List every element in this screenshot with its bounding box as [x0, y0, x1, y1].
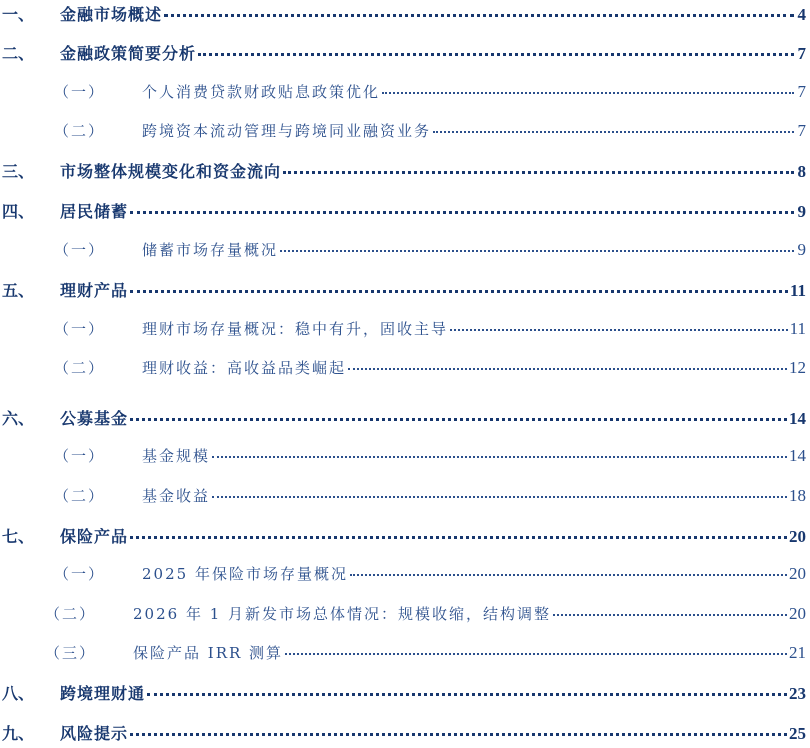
toc-entry-title: 跨境理财通 — [60, 681, 145, 704]
toc-entry-number: 九、 — [0, 721, 60, 744]
dot-leader — [130, 414, 787, 421]
toc-entry-number: 五、 — [0, 278, 60, 301]
toc-entry-page-number: 21 — [789, 643, 806, 663]
toc-entry-section-2-2[interactable]: （二） 跨境资本流动管理与跨境同业融资业务 7 — [0, 120, 806, 144]
dot-leader — [130, 729, 787, 736]
toc-entry-number: （二） — [0, 603, 133, 624]
toc-entry-section-5-1[interactable]: （一） 理财市场存量概况：稳中有升，固收主导 11 — [0, 318, 806, 342]
toc-entry-title: 金融市场概述 — [60, 2, 162, 25]
toc-entry-number: （一） — [0, 563, 142, 584]
toc-entry-page-number: 14 — [789, 409, 806, 429]
toc-entry-page-number: 20 — [789, 604, 806, 624]
dot-leader — [130, 207, 794, 214]
dot-leader — [130, 532, 787, 539]
toc-entry-page-number: 7 — [796, 121, 806, 141]
toc-entry-number: 七、 — [0, 524, 60, 547]
dot-leader — [212, 492, 787, 498]
dot-leader — [348, 364, 787, 370]
toc-entry-page-number: 8 — [796, 162, 806, 182]
toc-entry-title: 理财市场存量概况：稳中有升，固收主导 — [142, 318, 448, 339]
toc-entry-title: 储蓄市场存量概况 — [142, 239, 278, 260]
toc-entry-section-2[interactable]: 二、 金融政策简要分析 7 — [0, 41, 806, 65]
dot-leader — [212, 452, 787, 458]
toc-entry-page-number: 20 — [789, 527, 806, 547]
toc-entry-number: （二） — [0, 485, 142, 506]
toc-entry-section-6[interactable]: 六、 公募基金 14 — [0, 406, 806, 430]
toc-entry-page-number: 18 — [789, 486, 806, 506]
toc-entry-title: 风险提示 — [60, 721, 128, 744]
dot-leader — [164, 10, 794, 17]
toc-entry-section-6-1[interactable]: （一） 基金规模 14 — [0, 445, 806, 469]
toc-entry-title: 金融政策简要分析 — [60, 41, 196, 64]
toc-entry-number: （二） — [0, 120, 142, 141]
toc-entry-section-1[interactable]: 一、 金融市场概述 4 — [0, 2, 806, 26]
toc-entry-number: 一、 — [0, 2, 60, 25]
toc-entry-title: 居民储蓄 — [60, 199, 128, 222]
toc-entry-page-number: 11 — [790, 281, 806, 301]
toc-entry-title: 保险产品 IRR 测算 — [133, 642, 283, 663]
dot-leader — [553, 610, 787, 616]
toc-entry-page-number: 9 — [796, 202, 806, 222]
toc-entry-section-7-3[interactable]: （三） 保险产品 IRR 测算 21 — [0, 642, 806, 666]
toc-entry-section-9[interactable]: 九、 风险提示 25 — [0, 721, 806, 745]
toc-entry-section-2-1[interactable]: （一） 个人消费贷款财政贴息政策优化 7 — [0, 81, 806, 105]
toc-entry-number: （二） — [0, 357, 142, 378]
toc-entry-page-number: 20 — [789, 564, 806, 584]
dot-leader — [285, 649, 787, 655]
dot-leader — [280, 246, 794, 252]
toc-entry-page-number: 7 — [796, 82, 806, 102]
toc-entry-number: （一） — [0, 81, 142, 102]
toc-entry-section-6-2[interactable]: （二） 基金收益 18 — [0, 485, 806, 509]
toc-entry-title: 基金规模 — [142, 445, 210, 466]
toc-entry-page-number: 12 — [789, 358, 806, 378]
dot-leader — [433, 127, 794, 133]
toc-entry-title: 理财产品 — [60, 278, 128, 301]
toc-entry-title: 2026 年 1 月新发市场总体情况：规模收缩，结构调整 — [133, 603, 551, 624]
toc-entry-number: 六、 — [0, 406, 60, 429]
toc-entry-section-7-1[interactable]: （一） 2025 年保险市场存量概况 20 — [0, 563, 806, 587]
toc-entry-page-number: 7 — [796, 44, 806, 64]
toc-entry-number: （一） — [0, 239, 142, 260]
toc-entry-title: 2025 年保险市场存量概况 — [142, 563, 348, 584]
toc-entry-page-number: 25 — [789, 724, 806, 744]
toc-entry-page-number: 23 — [789, 684, 806, 704]
dot-leader — [130, 286, 788, 293]
toc-entry-section-3[interactable]: 三、 市场整体规模变化和资金流向 8 — [0, 159, 806, 183]
dot-leader — [382, 88, 794, 94]
toc-entry-number: （一） — [0, 318, 142, 339]
toc-entry-number: （三） — [0, 642, 133, 663]
toc-entry-page-number: 4 — [796, 5, 806, 25]
toc-entry-page-number: 14 — [789, 446, 806, 466]
toc-entry-number: 二、 — [0, 41, 60, 64]
dot-leader — [283, 167, 794, 174]
toc-entry-title: 基金收益 — [142, 485, 210, 506]
dot-leader — [198, 49, 794, 56]
toc-entry-title: 公募基金 — [60, 406, 128, 429]
toc-entry-section-4-1[interactable]: （一） 储蓄市场存量概况 9 — [0, 239, 806, 263]
toc-entry-number: 三、 — [0, 159, 60, 182]
toc-entry-number: 八、 — [0, 681, 60, 704]
toc-entry-section-8[interactable]: 八、 跨境理财通 23 — [0, 681, 806, 705]
toc-entry-page-number: 9 — [796, 240, 806, 260]
toc-entry-title: 保险产品 — [60, 524, 128, 547]
toc-entry-title: 市场整体规模变化和资金流向 — [60, 159, 281, 182]
toc-entry-title: 个人消费贷款财政贴息政策优化 — [142, 81, 380, 102]
toc-entry-section-7[interactable]: 七、 保险产品 20 — [0, 524, 806, 548]
dot-leader — [450, 325, 788, 331]
toc-entry-title: 理财收益：高收益品类崛起 — [142, 357, 346, 378]
dot-leader — [147, 689, 787, 696]
toc-entry-section-5[interactable]: 五、 理财产品 11 — [0, 278, 806, 302]
toc-entry-section-7-2[interactable]: （二） 2026 年 1 月新发市场总体情况：规模收缩，结构调整 20 — [0, 603, 806, 627]
toc-entry-page-number: 11 — [790, 319, 806, 339]
toc-entry-number: 四、 — [0, 199, 60, 222]
toc-entry-title: 跨境资本流动管理与跨境同业融资业务 — [142, 120, 431, 141]
toc-entry-section-4[interactable]: 四、 居民储蓄 9 — [0, 199, 806, 223]
dot-leader — [350, 570, 787, 576]
toc-entry-section-5-2[interactable]: （二） 理财收益：高收益品类崛起 12 — [0, 357, 806, 381]
toc-entry-number: （一） — [0, 445, 142, 466]
